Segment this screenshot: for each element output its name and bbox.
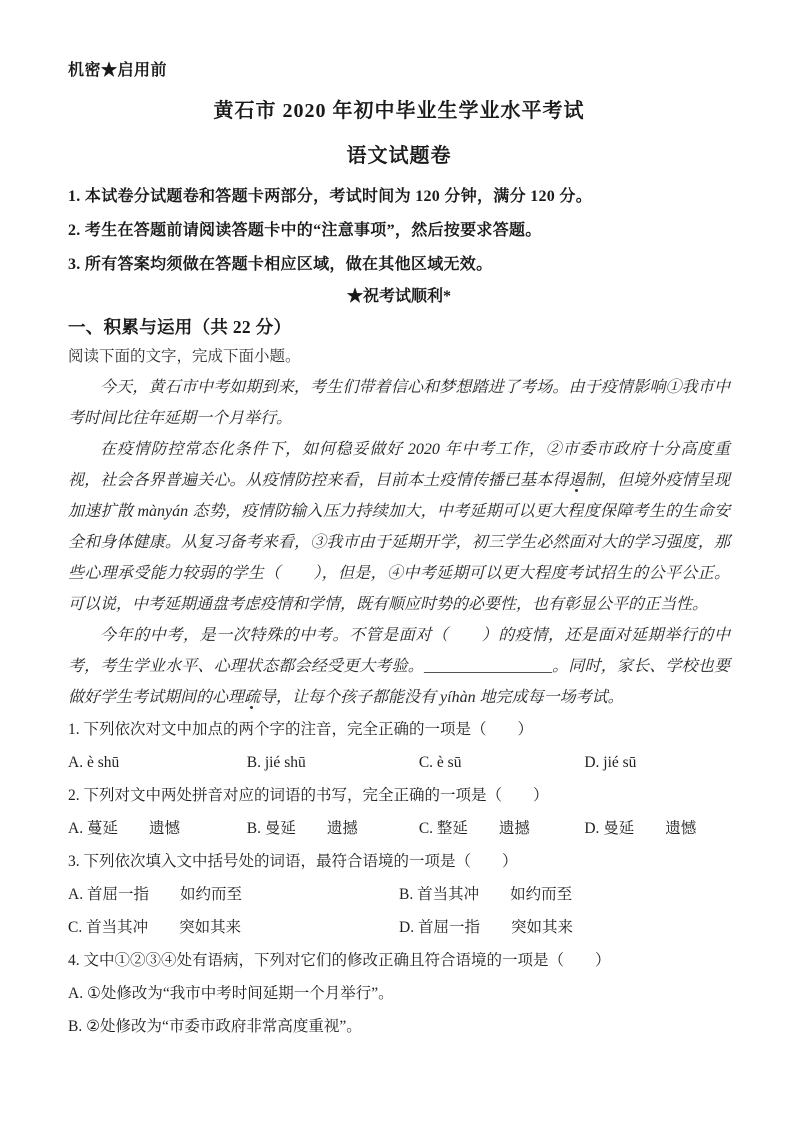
passage-paragraph-3: 今年的中考，是一次特殊的中考。不管是面对（ ）的疫情，还是面对延期举行的中考，考… — [68, 620, 730, 713]
passage-text-segment: 今天，黄石市中考如期到来，考生们带着信心和梦想踏进了考场。由于疫情影响①我市中考… — [68, 379, 730, 427]
question-2-options: A. 蔓延 遗憾 B. 曼延 遗撼 C. 整延 遗撼 D. 曼延 遗憾 — [68, 812, 730, 845]
question-1-option-c: C. è sū — [419, 746, 585, 779]
question-1-option-d: D. jié sū — [584, 746, 730, 779]
exam-instructions: 1. 本试卷分试题卷和答题卡两部分，考试时间为 120 分钟，满分 120 分。… — [68, 180, 730, 282]
instruction-1: 1. 本试卷分试题卷和答题卡两部分，考试时间为 120 分钟，满分 120 分。 — [68, 180, 730, 214]
passage-paragraph-2: 在疫情防控常态化条件下，如何稳妥做好 2020 年中考工作，②市委市政府十分高度… — [68, 434, 730, 620]
exam-title: 黄石市 2020 年初中毕业生学业水平考试 — [68, 97, 730, 125]
question-3-option-d: D. 首屈一指 突如其来 — [399, 911, 730, 944]
question-2-option-b: B. 曼延 遗撼 — [247, 812, 419, 845]
question-3-option-b: B. 首当其冲 如约而至 — [399, 878, 730, 911]
passage-paragraph-1: 今天，黄石市中考如期到来，考生们带着信心和梦想踏进了考场。由于疫情影响①我市中考… — [68, 372, 730, 434]
question-1: 1. 下列依次对文中加点的两个字的注音，完全正确的一项是（ ） A. è shū… — [68, 713, 730, 779]
security-notice: 机密★启用前 — [68, 60, 730, 82]
exam-subtitle: 语文试题卷 — [68, 142, 730, 170]
exam-paper-page: 机密★启用前 黄石市 2020 年初中毕业生学业水平考试 语文试题卷 1. 本试… — [0, 0, 793, 1122]
question-3: 3. 下列依次填入文中括号处的词语，最符合语境的一项是（ ） A. 首屈一指 如… — [68, 845, 730, 944]
question-3-stem: 3. 下列依次填入文中括号处的词语，最符合语境的一项是（ ） — [68, 845, 730, 878]
question-3-option-c: C. 首当其冲 突如其来 — [68, 911, 399, 944]
passage-text-segment: 制，但境外疫情呈现加速扩散 mànyán 态势，疫情防输入压力持续加大，中考延期… — [68, 472, 730, 613]
question-1-option-a: A. è shū — [68, 746, 247, 779]
passage-text-segment: 导，让每个孩子都能没有 yíhàn 地完成每一场考试。 — [260, 689, 624, 706]
question-4: 4. 文中①②③④处有语病，下列对它们的修改正确且符合语境的一项是（ ） A. … — [68, 944, 730, 1043]
section-heading: 一、积累与运用（共 22 分） — [68, 312, 730, 342]
question-4-options: A. ①处修改为“我市中考时间延期一个月举行”。 B. ②处修改为“市委市政府非… — [68, 977, 730, 1043]
instruction-2: 2. 考生在答题前请阅读答题卡中的“注意事项”，然后按要求答题。 — [68, 214, 730, 248]
question-3-options: A. 首屈一指 如约而至 B. 首当其冲 如约而至 C. 首当其冲 突如其来 D… — [68, 878, 730, 944]
question-2-option-c: C. 整延 遗撼 — [419, 812, 585, 845]
question-4-stem: 4. 文中①②③④处有语病，下列对它们的修改正确且符合语境的一项是（ ） — [68, 944, 730, 977]
question-1-option-b: B. jié shū — [247, 746, 419, 779]
question-2: 2. 下列对文中两处拼音对应的词语的书写，完全正确的一项是（ ） A. 蔓延 遗… — [68, 779, 730, 845]
reading-passage: 今天，黄石市中考如期到来，考生们带着信心和梦想踏进了考场。由于疫情影响①我市中考… — [68, 372, 730, 713]
emphasized-char-e: 遏 — [569, 472, 585, 489]
question-2-stem: 2. 下列对文中两处拼音对应的词语的书写，完全正确的一项是（ ） — [68, 779, 730, 812]
emphasized-char-shu: 疏 — [244, 689, 260, 706]
question-1-stem: 1. 下列依次对文中加点的两个字的注音，完全正确的一项是（ ） — [68, 713, 730, 746]
fill-in-blank-underline: ________________ — [424, 658, 552, 675]
question-1-options: A. è shū B. jié shū C. è sū D. jié sū — [68, 746, 730, 779]
wish-line: ★祝考试顺利* — [68, 282, 730, 312]
question-list: 1. 下列依次对文中加点的两个字的注音，完全正确的一项是（ ） A. è shū… — [68, 713, 730, 1043]
question-4-option-b: B. ②处修改为“市委市政府非常高度重视”。 — [68, 1010, 730, 1043]
question-3-option-a: A. 首屈一指 如约而至 — [68, 878, 399, 911]
instruction-3: 3. 所有答案均须做在答题卡相应区域，做在其他区域无效。 — [68, 248, 730, 282]
passage-intro: 阅读下面的文字，完成下面小题。 — [68, 342, 730, 372]
question-2-option-d: D. 曼延 遗憾 — [584, 812, 730, 845]
question-2-option-a: A. 蔓延 遗憾 — [68, 812, 247, 845]
question-4-option-a: A. ①处修改为“我市中考时间延期一个月举行”。 — [68, 977, 730, 1010]
